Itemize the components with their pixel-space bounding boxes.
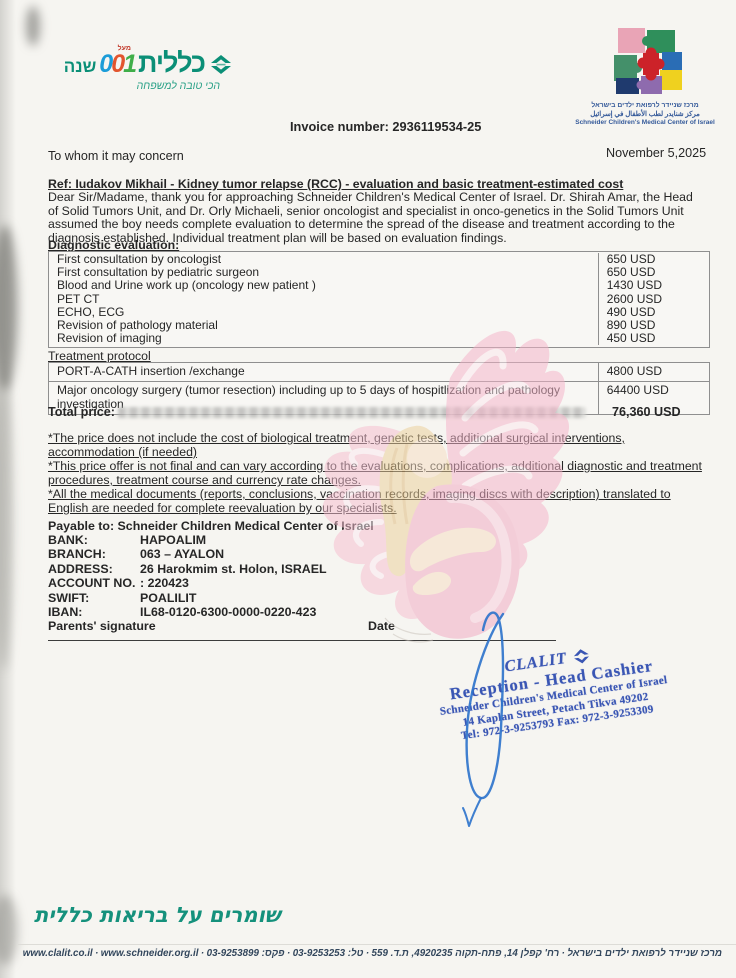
stamp-line: Schneider Children's Medical Center of I… [389, 667, 718, 726]
field-value: 26 Harokmim st. Holon, ISRAEL [140, 562, 327, 576]
document-date: November 5,2025 [606, 146, 706, 160]
field-label: ACCOUNT NO. [48, 576, 140, 590]
parents-signature-label: Parents' signature [48, 619, 156, 633]
payable-heading: Payable to: Schneider Children Medical C… [48, 519, 374, 533]
item-cell: PORT-A-CATH insertion /exchange [49, 363, 598, 381]
note: *This price offer is not final and can v… [48, 459, 704, 487]
puzzle-icon [606, 26, 684, 96]
field-label: IBAN: [48, 605, 140, 619]
field-label: SWIFT: [48, 591, 140, 605]
stamp-line: Tel: 972-3-9253793 Fax: 972-3-9253309 [393, 694, 722, 753]
total-price-value: 76,360 USD [612, 405, 681, 419]
field-value: HAPOALIM [140, 533, 206, 547]
table-row: Blood and Urine work up (oncology new pa… [49, 279, 709, 292]
salutation: To whom it may concern [48, 149, 184, 163]
stamp-brand-text: CLALIT [504, 650, 569, 677]
price-cell: 1430 USD [598, 279, 709, 292]
field-label: BRANCH: [48, 547, 140, 561]
digit: 0 [111, 52, 123, 77]
field-value: POALILIT [140, 591, 196, 605]
bank-field: ADDRESS:26 Harokmim st. Holon, ISRAEL [48, 562, 327, 576]
field-value: IL68-0120-6300-0000-0220-423 [140, 605, 316, 619]
note: *The price does not include the cost of … [48, 431, 704, 459]
table-row: Revision of imaging450 USD [49, 332, 709, 345]
schneider-caption-arabic: مركز شنايدر لطب الأطفال في إسرائيل [566, 110, 724, 119]
notes-section: *The price does not include the cost of … [48, 431, 704, 515]
schneider-caption-english: Schneider Children's Medical Center of I… [566, 119, 724, 128]
signature-line [48, 640, 556, 641]
scan-smudge [0, 370, 14, 670]
bank-field: ACCOUNT NO.: 220423 [48, 576, 327, 590]
scanned-document-page: כללית מעל 1 0 0 שנה הכי טובה למשפחה [0, 0, 736, 978]
stamp-clalit-brand: CLALIT [384, 629, 713, 693]
schneider-caption-hebrew: מרכז שניידר לרפואת ילדים בישראל [566, 101, 724, 110]
bank-details: BANK:HAPOALIM BRANCH:063 – AYALON ADDRES… [48, 533, 327, 619]
clalit-logo: כללית מעל 1 0 0 שנה הכי טובה למשפחה [44, 50, 234, 92]
clalit-over-label: מעל [118, 45, 131, 52]
schneider-logo: מרכז שניידר לרפואת ילדים בישראל مركز شنا… [566, 26, 724, 128]
footer-slogan: שומרים על בריאות כללית [34, 903, 281, 927]
clalit-star-icon [208, 53, 234, 77]
price-cell: 2600 USD [598, 293, 709, 306]
diagnostic-table: First consultation by oncologist650 USD … [48, 251, 710, 348]
cashier-stamp: CLALIT Reception - Head Cashier Schneide… [384, 629, 722, 753]
price-cell: 450 USD [598, 332, 709, 345]
scan-smudge [26, 6, 40, 46]
price-cell: 4800 USD [598, 363, 709, 381]
bank-field: SWIFT:POALILIT [48, 591, 327, 605]
clalit-wordmark: כללית [138, 50, 205, 77]
scan-smudge [0, 225, 18, 390]
field-label: ADDRESS: [48, 562, 140, 576]
clalit-100-mark: מעל 1 0 0 [99, 52, 135, 77]
note: *All the medical documents (reports, con… [48, 487, 704, 515]
bank-field: BANK:HAPOALIM [48, 533, 327, 547]
total-price-label: Total price: [48, 405, 115, 419]
bank-field: BRANCH:063 – AYALON [48, 547, 327, 561]
scan-edge-shadow [0, 0, 16, 978]
handwritten-signature [425, 600, 565, 830]
digit: 1 [123, 52, 135, 77]
bank-field: IBAN:IL68-0120-6300-0000-0220-423 [48, 605, 327, 619]
footer-address: מרכז שניידר לרפואת ילדים בישראל ∙ רח' קפ… [28, 948, 722, 959]
scan-smudge [0, 895, 18, 965]
item-cell: PET CT [49, 293, 598, 306]
table-row: PET CT2600 USD [49, 293, 709, 306]
diagnostic-title: Diagnostic evaluation: [48, 238, 179, 252]
item-cell: Blood and Urine work up (oncology new pa… [49, 279, 598, 292]
stamp-title: Reception - Head Cashier [387, 647, 717, 713]
item-cell: Revision of imaging [49, 332, 598, 345]
stamp-line: 14 Kaplan Street, Petach Tikva 49202 [391, 680, 720, 739]
table-row: PORT-A-CATH insertion /exchange4800 USD [49, 363, 709, 382]
field-value: 063 – AYALON [140, 547, 224, 561]
date-label: Date [368, 619, 395, 633]
invoice-number-line: Invoice number: 2936119534-25 [290, 119, 481, 134]
redacted-strip [118, 407, 586, 418]
field-value: : 220423 [140, 576, 189, 590]
footer-divider [18, 944, 736, 945]
digit: 0 [99, 52, 111, 77]
ref-line: Ref: Iudakov Mikhail - Kidney tumor rela… [48, 177, 623, 191]
treatment-title: Treatment protocol [48, 349, 151, 363]
schneider-caption: מרכז שניידר לרפואת ילדים בישראל مركز شنا… [566, 101, 724, 128]
clalit-star-icon [570, 646, 594, 667]
clalit-tagline: הכי טובה למשפחה [44, 80, 220, 92]
field-label: BANK: [48, 533, 140, 547]
clalit-years-label: שנה [64, 57, 97, 77]
